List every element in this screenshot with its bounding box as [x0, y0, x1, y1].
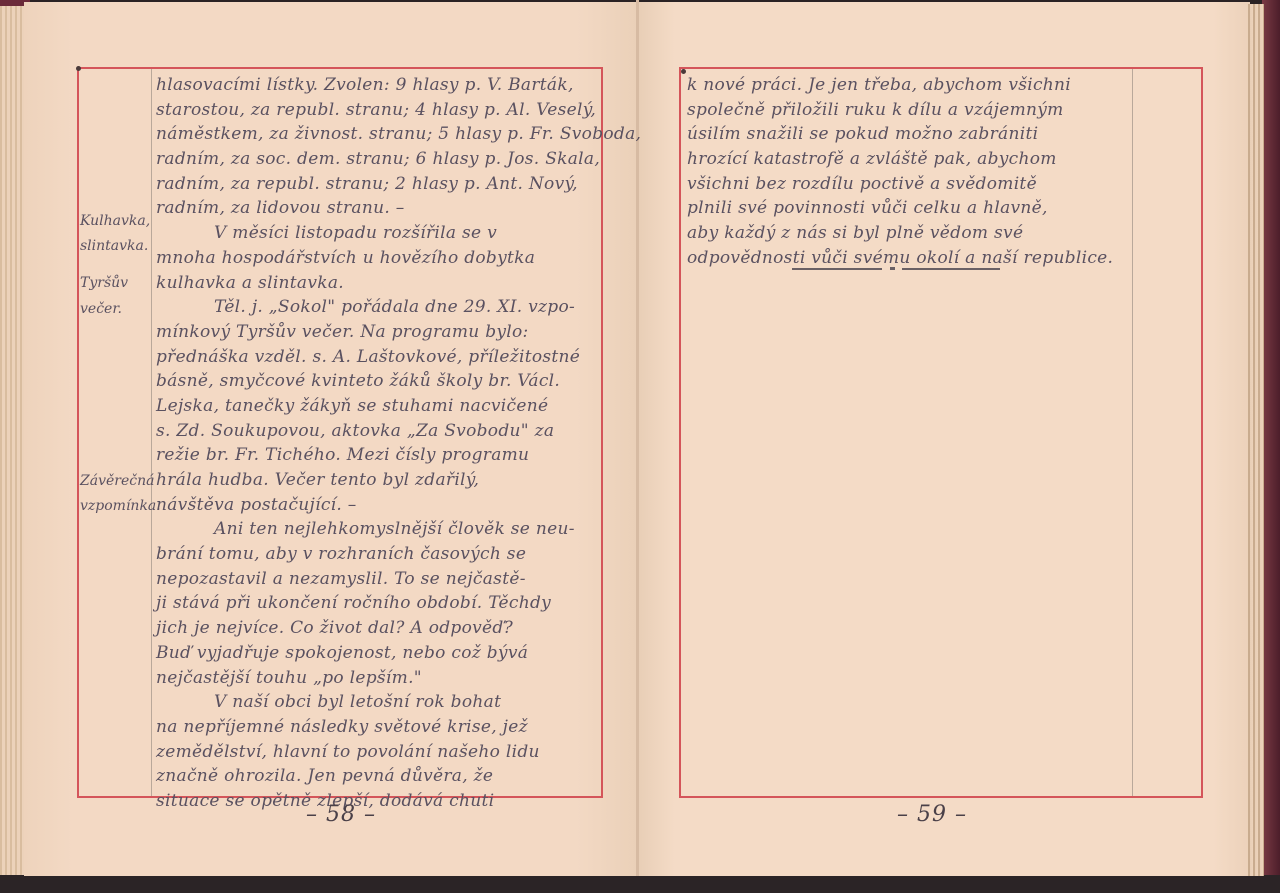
text-line: V měsíci listopadu rozšířila se v [156, 221, 596, 246]
margin-note-vzpominka: vzpomínka. [80, 494, 152, 519]
margin-note-slintavka: slintavka. [80, 234, 152, 259]
section-end-rule [792, 268, 882, 270]
left-page-text: hlasovacími lístky. Zvolen: 9 hlasy p. V… [156, 73, 596, 814]
text-line: všichni bez rozdílu poctivě a svědomitě [687, 172, 1127, 197]
margin-note-tyrsuv: Tyršův [80, 271, 152, 296]
text-line: zemědělství, hlavní to povolání našeho l… [156, 740, 596, 765]
text-line: básně, smyčcové kvinteto žáků školy br. … [156, 369, 596, 394]
text-line: hlasovacími lístky. Zvolen: 9 hlasy p. V… [156, 73, 596, 98]
text-line: Těl. j. „Sokol" pořádala dne 29. XI. vzp… [156, 295, 596, 320]
text-line: brání tomu, aby v rozhraních časových se [156, 542, 596, 567]
left-margin-pencil-line [151, 69, 152, 796]
text-line: společně přiložili ruku k dílu a vzájemn… [687, 98, 1127, 123]
text-line: situace se opětně zlepší, dodává chuti [156, 789, 596, 814]
text-line: nepozastavil a nezamyslil. To se nejčast… [156, 567, 596, 592]
text-line: radním, za lidovou stranu. – [156, 196, 596, 221]
text-line: k nové práci. Je jen třeba, abychom všic… [687, 73, 1127, 98]
text-line: starostou, za republ. stranu; 4 hlasy p.… [156, 98, 596, 123]
cover-edge-bottom [0, 875, 1280, 893]
text-line: V naší obci byl letošní rok bohat [156, 690, 596, 715]
text-line: radním, za soc. dem. stranu; 6 hlasy p. … [156, 147, 596, 172]
text-line: návštěva postačující. – [156, 493, 596, 518]
margin-note-zaverecna: Závěrečná [80, 469, 152, 494]
text-line: na nepříjemné následky světové krise, je… [156, 715, 596, 740]
text-line: hrála hudba. Večer tento byl zdařilý, [156, 468, 596, 493]
text-line: režie br. Fr. Tichého. Mezi čísly progra… [156, 443, 596, 468]
text-line: odpovědnosti vůči svému okolí a naší rep… [687, 246, 1127, 271]
cover-edge-right [1262, 0, 1280, 893]
text-line: Buď vyjadřuje spokojenost, nebo což bývá [156, 641, 596, 666]
page-number-left: – 58 – [306, 802, 376, 827]
text-line: nejčastější touhu „po lepším." [156, 666, 596, 691]
margin-note-kulhavka: Kulhavka, [80, 209, 152, 234]
text-line: radním, za republ. stranu; 2 hlasy p. An… [156, 172, 596, 197]
text-line: mnoha hospodářstvích u hovězího dobytka [156, 246, 596, 271]
text-line: Lejska, tanečky žákyň se stuhami nacviče… [156, 394, 596, 419]
right-margin-pencil-line [1132, 69, 1133, 796]
text-line: přednáška vzděl. s. A. Laštovkové, příle… [156, 345, 596, 370]
text-line: plnili své povinnosti vůči celku a hlavn… [687, 196, 1127, 221]
text-line: značně ohrozila. Jen pevná důvěra, že [156, 764, 596, 789]
page-stack-right [1248, 4, 1264, 876]
text-line: jich je nejvíce. Co život dal? A odpověď… [156, 616, 596, 641]
text-line: Ani ten nejlehkomyslnější člověk se neu- [156, 517, 596, 542]
section-end-rule [902, 268, 1000, 270]
page-stack-left [0, 0, 26, 878]
text-line: náměstkem, za živnost. stranu; 5 hlasy p… [156, 122, 596, 147]
page-number-right: – 59 – [897, 802, 967, 827]
text-line: kulhavka a slintavka. [156, 271, 596, 296]
section-end-dot [890, 267, 895, 270]
text-line: s. Zd. Soukupovou, aktovka „Za Svobodu" … [156, 419, 596, 444]
text-line: ji stává při ukončení ročního období. Tě… [156, 591, 596, 616]
text-line: aby každý z nás si byl plně vědom své [687, 221, 1127, 246]
text-line: hrozící katastrofě a zvláště pak, abycho… [687, 147, 1127, 172]
margin-note-vecer: večer. [80, 297, 152, 322]
right-page-text: k nové práci. Je jen třeba, abychom všic… [687, 73, 1127, 271]
text-line: mínkový Tyršův večer. Na programu bylo: [156, 320, 596, 345]
text-line: úsilím snažili se pokud možno zabrániti [687, 122, 1127, 147]
